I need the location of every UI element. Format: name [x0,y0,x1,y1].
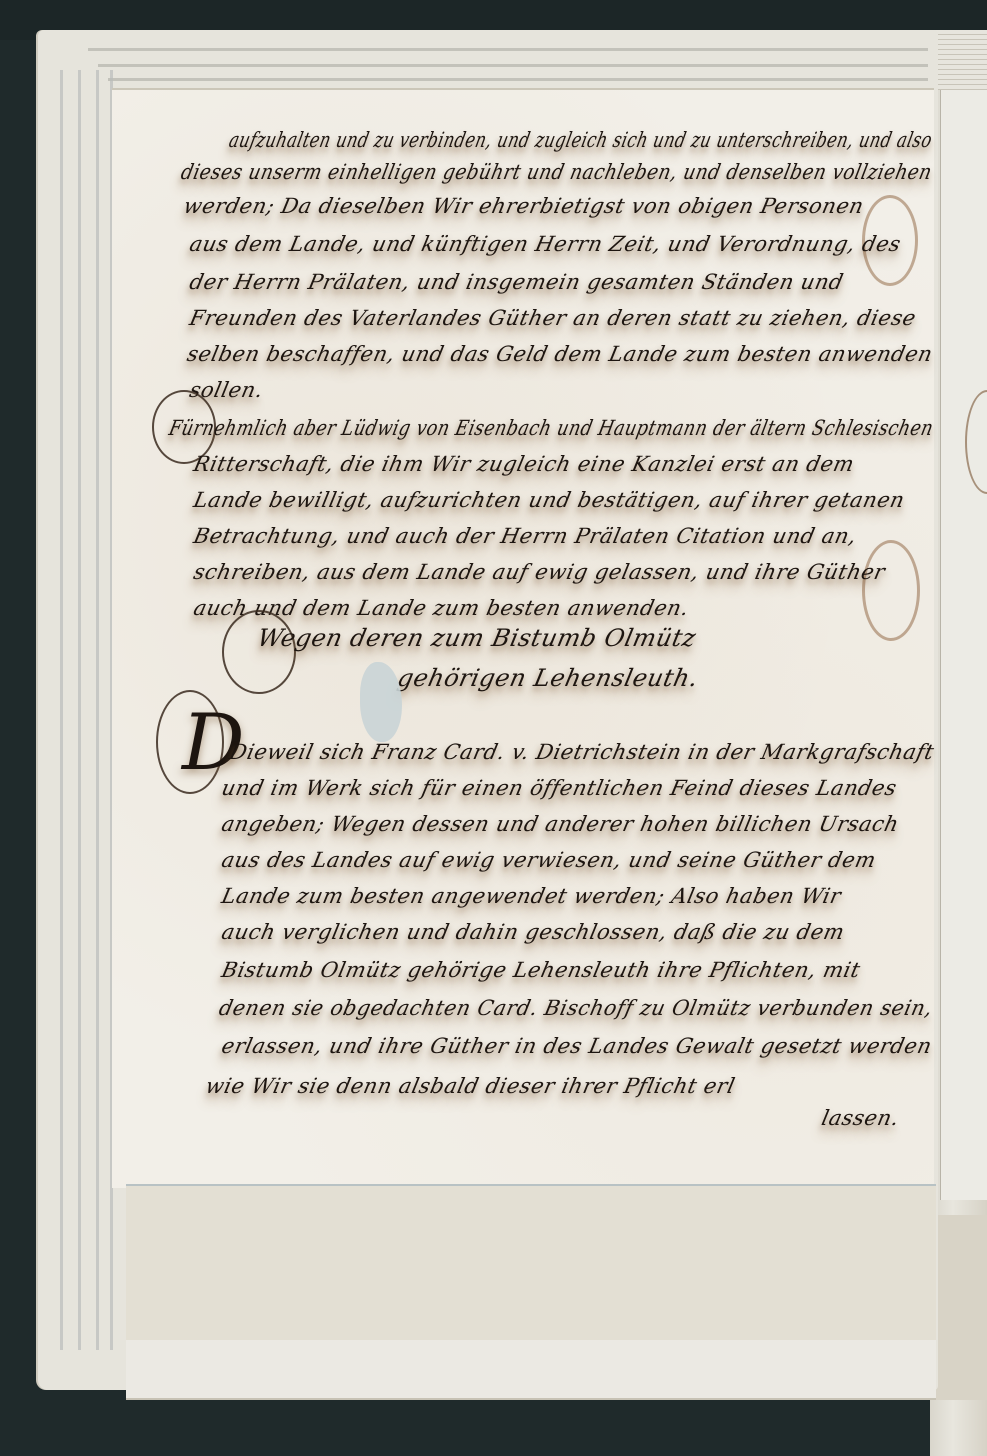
text-line: selben beschaffen, und das Geld dem Land… [185,342,935,366]
heading-flourish [222,610,296,694]
text-line: denen sie obgedachten Card. Bischoff zu … [217,996,935,1020]
page-edge-top [98,64,928,67]
text-line: dieses unserm einhelligen gebührt und na… [179,160,934,184]
page-edge-left [78,70,81,1350]
text-line: Freunden des Vaterlandes Güther an deren… [187,306,918,330]
text-line: erlassen, und ihre Güther in des Landes … [219,1034,934,1058]
page-edge-left [96,70,99,1350]
text-line: Ritterschaft, die ihm Wir zugleich eine … [191,452,856,476]
text-line: auch verglichen und dahin geschlossen, d… [219,920,846,944]
text-line: Betrachtung, und auch der Herrn Prälaten… [191,524,858,548]
page-edge-top [88,48,928,51]
section-heading: gehörigen Lehensleuth. [395,664,701,692]
text-line: schreiben, aus dem Lande auf ewig gelass… [191,560,887,584]
text-line: Lande zum besten angewendet werden; Also… [219,884,843,908]
text-line: und im Werk sich für einen öffentlichen … [219,776,899,800]
text-line: lassen. [819,1106,901,1130]
text-line: Dieweil sich Franz Card. v. Dietrichstei… [227,740,936,764]
text-line: Fürnehmlich aber Lüdwig von Eisenbach un… [167,416,936,440]
adjacent-page-edges [930,30,987,90]
adjacent-page-mount [934,1215,987,1400]
adjacent-page [930,30,987,1456]
section-heading: Wegen deren zum Bistumb Olmütz [255,624,699,652]
mounting-strip [126,1184,936,1344]
text-line: werden; Da dieselben Wir ehrerbietigst v… [181,194,866,218]
text-line: wie Wir sie denn alsbald dieser ihrer Pf… [203,1074,737,1098]
text-line: aufzuhalten und zu verbinden, und zuglei… [227,128,935,152]
adjacent-page-surface [940,90,987,1200]
page-edge-left [60,70,63,1350]
text-line: Bistumb Olmütz gehörige Lehensleuth ihre… [219,958,862,982]
page-edge-top [108,78,928,81]
text-line: aus des Landes auf ewig verwiesen, und s… [219,848,878,872]
text-line: Lande bewilligt, aufzurichten und bestät… [191,488,906,512]
text-line: der Herrn Prälaten, und insgemein gesamt… [187,270,845,294]
page-bottom-edge [126,1340,936,1400]
bleed-through-flourish [862,540,920,641]
text-line: angeben; Wegen dessen und anderer hohen … [219,812,901,836]
text-line: aus dem Lande, und künftigen Herrn Zeit,… [187,232,903,256]
